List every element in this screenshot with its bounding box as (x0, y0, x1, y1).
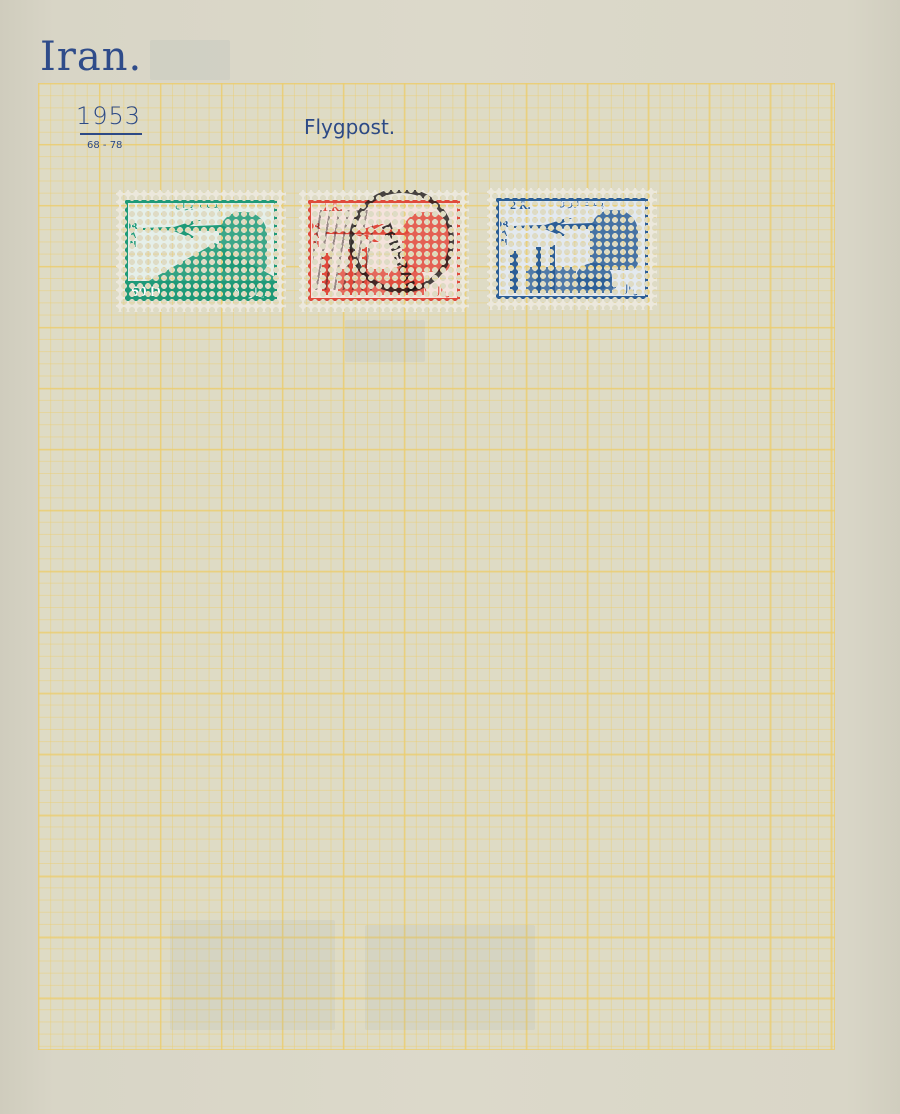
stamp-1r-red[interactable]: 1 R. IRAN ۱ ریال TEHERAN (299, 190, 469, 312)
stamp-50d-green[interactable]: پست ایران IRAN 50 D. ۵۰ دینار (116, 190, 286, 312)
stamp-value-farsi: ۵۰ دینار (234, 286, 269, 299)
year-label: 1953 (76, 102, 141, 130)
section-title: Flygpost. (304, 115, 395, 139)
mountain-figure (145, 243, 277, 283)
stamp-2r-blue[interactable]: 2 R. پست ایران IRAN ۲ ریال (487, 188, 657, 310)
country-heading: Iran. (40, 34, 142, 80)
stamp-value: 2 R. (510, 198, 531, 213)
stamp-value: 50 D. (131, 283, 164, 299)
catalog-range: 68 - 78 (87, 140, 122, 151)
show-through-mark (150, 40, 230, 80)
stamp-header-farsi: پست ایران (558, 198, 604, 209)
mosque-figure (506, 243, 616, 293)
stamp-country: IRAN (128, 222, 138, 249)
stamp-value-farsi: ۲ ریال (611, 283, 640, 296)
album-page: Iran. 1953 68 - 78 Flygpost. پست ایران I… (0, 0, 900, 1114)
show-through-mark (345, 320, 425, 362)
stamp-header-farsi: پست ایران (175, 200, 221, 211)
airplane-icon (512, 218, 602, 236)
year-underline (80, 133, 142, 135)
stamp-value-farsi: ۱ ریال (423, 285, 452, 298)
show-through-mark (365, 925, 535, 1030)
show-through-mark (170, 920, 335, 1030)
airplane-icon (141, 220, 231, 238)
